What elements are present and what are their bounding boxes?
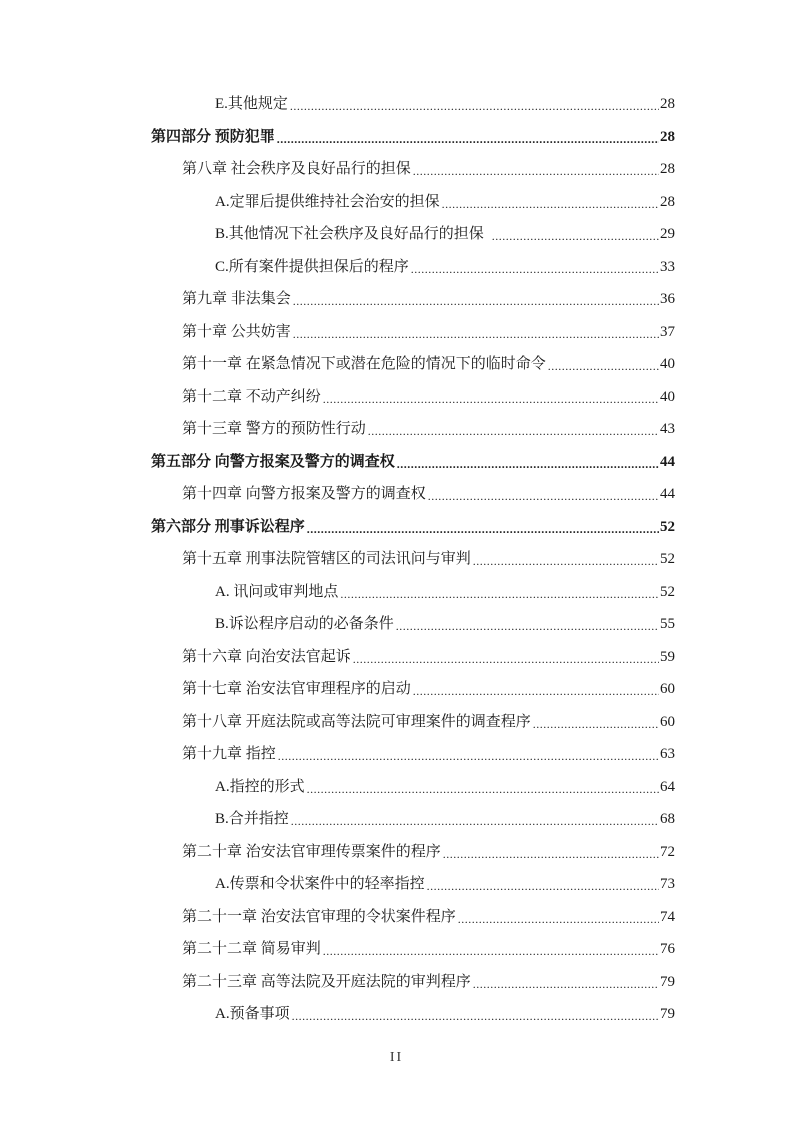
toc-entry-page: 52: [659, 581, 675, 603]
toc-entry-title: 第八章 社会秩序及良好品行的担保: [182, 158, 413, 180]
toc-entry-page: 37: [659, 321, 675, 343]
page-number-footer: II: [0, 1050, 793, 1066]
toc-entry-title: B.其他情况下社会秩序及良好品行的担保: [215, 223, 492, 245]
toc-entry-page: 44: [659, 451, 675, 473]
toc-entry[interactable]: A.预备事项79: [215, 1003, 675, 1025]
toc-entry-title: A.定罪后提供维持社会治安的担保: [215, 191, 442, 213]
toc-entry[interactable]: 第十六章 向治安法官起诉59: [182, 646, 675, 668]
dot-leader: [307, 520, 659, 538]
dot-leader: [307, 780, 659, 798]
toc-entry-page: 52: [659, 516, 675, 538]
dot-leader: [428, 487, 659, 505]
dot-leader: [340, 585, 659, 603]
toc-entry-page: 40: [659, 386, 675, 408]
toc-entry-title: B.合并指控: [215, 808, 291, 830]
toc-entry-title: 第二十一章 治安法官审理的令状案件程序: [182, 906, 458, 928]
toc-entry-page: 79: [659, 971, 675, 993]
toc-entry-title: 第二十二章 简易审判: [182, 938, 323, 960]
toc-entry-page: 28: [659, 158, 675, 180]
toc-entry[interactable]: 第十五章 刑事法院管辖区的司法讯问与审判52: [182, 548, 675, 570]
toc-entry-title: 第十九章 指控: [182, 743, 278, 765]
dot-leader: [397, 455, 659, 473]
toc-entry[interactable]: 第十三章 警方的预防性行动43: [182, 418, 675, 440]
toc-entry-title: 第十三章 警方的预防性行动: [182, 418, 368, 440]
toc-entry-page: 28: [659, 191, 675, 213]
toc-entry-page: 36: [659, 288, 675, 310]
toc-entry-title: 第十八章 开庭法院或高等法院可审理案件的调查程序: [182, 711, 533, 733]
dot-leader: [323, 942, 659, 960]
toc-entry[interactable]: 第十二章 不动产纠纷40: [182, 386, 675, 408]
toc-entry-page: 44: [659, 483, 675, 505]
dot-leader: [396, 617, 659, 635]
toc-entry-title: A. 讯问或审判地点: [215, 581, 340, 603]
toc-entry-title: 第十七章 治安法官审理程序的启动: [182, 678, 413, 700]
dot-leader: [473, 552, 659, 570]
toc-entry-title: 第十二章 不动产纠纷: [182, 386, 323, 408]
toc-entry-page: 43: [659, 418, 675, 440]
toc-entry-page: 60: [659, 678, 675, 700]
toc-entry-page: 68: [659, 808, 675, 830]
dot-leader: [323, 390, 659, 408]
toc-entry-title: 第十四章 向警方报案及警方的调查权: [182, 483, 428, 505]
dot-leader: [427, 877, 659, 895]
toc-entry-page: 64: [659, 776, 675, 798]
toc-entry[interactable]: A.定罪后提供维持社会治安的担保28: [215, 191, 675, 213]
toc-entry[interactable]: B.诉讼程序启动的必备条件55: [215, 613, 675, 635]
toc-entry[interactable]: 第四部分 预防犯罪28: [151, 126, 675, 148]
toc-entry-page: 52: [659, 548, 675, 570]
toc-entry-page: 63: [659, 743, 675, 765]
toc-entry[interactable]: B.其他情况下社会秩序及良好品行的担保 29: [215, 223, 675, 245]
toc-entry-title: A.指控的形式: [215, 776, 307, 798]
toc-entry-page: 29: [659, 223, 675, 245]
dot-leader: [492, 227, 659, 245]
dot-leader: [458, 910, 659, 928]
toc-entry-title: E.其他规定: [215, 93, 290, 115]
toc-entry-page: 28: [659, 126, 675, 148]
toc-entry[interactable]: 第九章 非法集会36: [182, 288, 675, 310]
toc-entry-title: 第二十三章 高等法院及开庭法院的审判程序: [182, 971, 473, 993]
dot-leader: [413, 162, 659, 180]
toc-entry-page: 76: [659, 938, 675, 960]
dot-leader: [443, 845, 659, 863]
toc-entry-title: 第十六章 向治安法官起诉: [182, 646, 353, 668]
toc-entry-title: 第十五章 刑事法院管辖区的司法讯问与审判: [182, 548, 473, 570]
toc-entry-page: 40: [659, 353, 675, 375]
toc-entry-title: 第六部分 刑事诉讼程序: [151, 516, 307, 538]
dot-leader: [413, 682, 659, 700]
dot-leader: [292, 1007, 659, 1025]
dot-leader: [353, 650, 659, 668]
toc-entry[interactable]: 第十八章 开庭法院或高等法院可审理案件的调查程序60: [182, 711, 675, 733]
dot-leader: [442, 195, 659, 213]
toc-entry[interactable]: E.其他规定28: [215, 93, 675, 115]
dot-leader: [473, 975, 659, 993]
toc-entry[interactable]: 第十章 公共妨害37: [182, 321, 675, 343]
toc-entry[interactable]: 第八章 社会秩序及良好品行的担保28: [182, 158, 675, 180]
dot-leader: [293, 292, 659, 310]
dot-leader: [277, 130, 659, 148]
toc-entry-title: 第九章 非法集会: [182, 288, 293, 310]
toc-entry[interactable]: 第二十章 治安法官审理传票案件的程序72: [182, 841, 675, 863]
toc-entry[interactable]: A.指控的形式64: [215, 776, 675, 798]
toc-entry[interactable]: A. 讯问或审判地点52: [215, 581, 675, 603]
toc-entry[interactable]: 第十一章 在紧急情况下或潜在危险的情况下的临时命令40: [182, 353, 675, 375]
toc-entry-title: C.所有案件提供担保后的程序: [215, 256, 411, 278]
toc-entry[interactable]: A.传票和令状案件中的轻率指控73: [215, 873, 675, 895]
toc-entry[interactable]: 第五部分 向警方报案及警方的调查权44: [151, 451, 675, 473]
toc-entry-title: 第十一章 在紧急情况下或潜在危险的情况下的临时命令: [182, 353, 548, 375]
toc-entry-page: 59: [659, 646, 675, 668]
toc-entry[interactable]: 第十九章 指控63: [182, 743, 675, 765]
dot-leader: [533, 715, 659, 733]
toc-entry-page: 74: [659, 906, 675, 928]
dot-leader: [368, 422, 659, 440]
toc-entry-title: A.传票和令状案件中的轻率指控: [215, 873, 427, 895]
toc-entry[interactable]: 第十七章 治安法官审理程序的启动60: [182, 678, 675, 700]
toc-entry-page: 73: [659, 873, 675, 895]
toc-entry[interactable]: C.所有案件提供担保后的程序33: [215, 256, 675, 278]
dot-leader: [290, 97, 659, 115]
toc-entry-page: 72: [659, 841, 675, 863]
dot-leader: [293, 325, 659, 343]
toc-entry[interactable]: 第二十三章 高等法院及开庭法院的审判程序79: [182, 971, 675, 993]
toc-entry[interactable]: 第十四章 向警方报案及警方的调查权44: [182, 483, 675, 505]
toc-entry[interactable]: 第六部分 刑事诉讼程序52: [151, 516, 675, 538]
toc-entry-title: B.诉讼程序启动的必备条件: [215, 613, 396, 635]
toc-entry-page: 60: [659, 711, 675, 733]
dot-leader: [291, 812, 659, 830]
toc-entry-title: 第二十章 治安法官审理传票案件的程序: [182, 841, 443, 863]
toc-entry-page: 28: [659, 93, 675, 115]
toc-entry-title: 第四部分 预防犯罪: [151, 126, 277, 148]
toc-entry-page: 33: [659, 256, 675, 278]
dot-leader: [548, 357, 659, 375]
toc-entry-title: 第五部分 向警方报案及警方的调查权: [151, 451, 397, 473]
toc-entry[interactable]: 第二十一章 治安法官审理的令状案件程序74: [182, 906, 675, 928]
toc-entry[interactable]: B.合并指控68: [215, 808, 675, 830]
toc-entry[interactable]: 第二十二章 简易审判76: [182, 938, 675, 960]
dot-leader: [278, 747, 659, 765]
toc-entry-title: 第十章 公共妨害: [182, 321, 293, 343]
toc-entry-page: 79: [659, 1003, 675, 1025]
dot-leader: [411, 260, 659, 278]
toc-entry-title: A.预备事项: [215, 1003, 292, 1025]
toc-entry-page: 55: [659, 613, 675, 635]
